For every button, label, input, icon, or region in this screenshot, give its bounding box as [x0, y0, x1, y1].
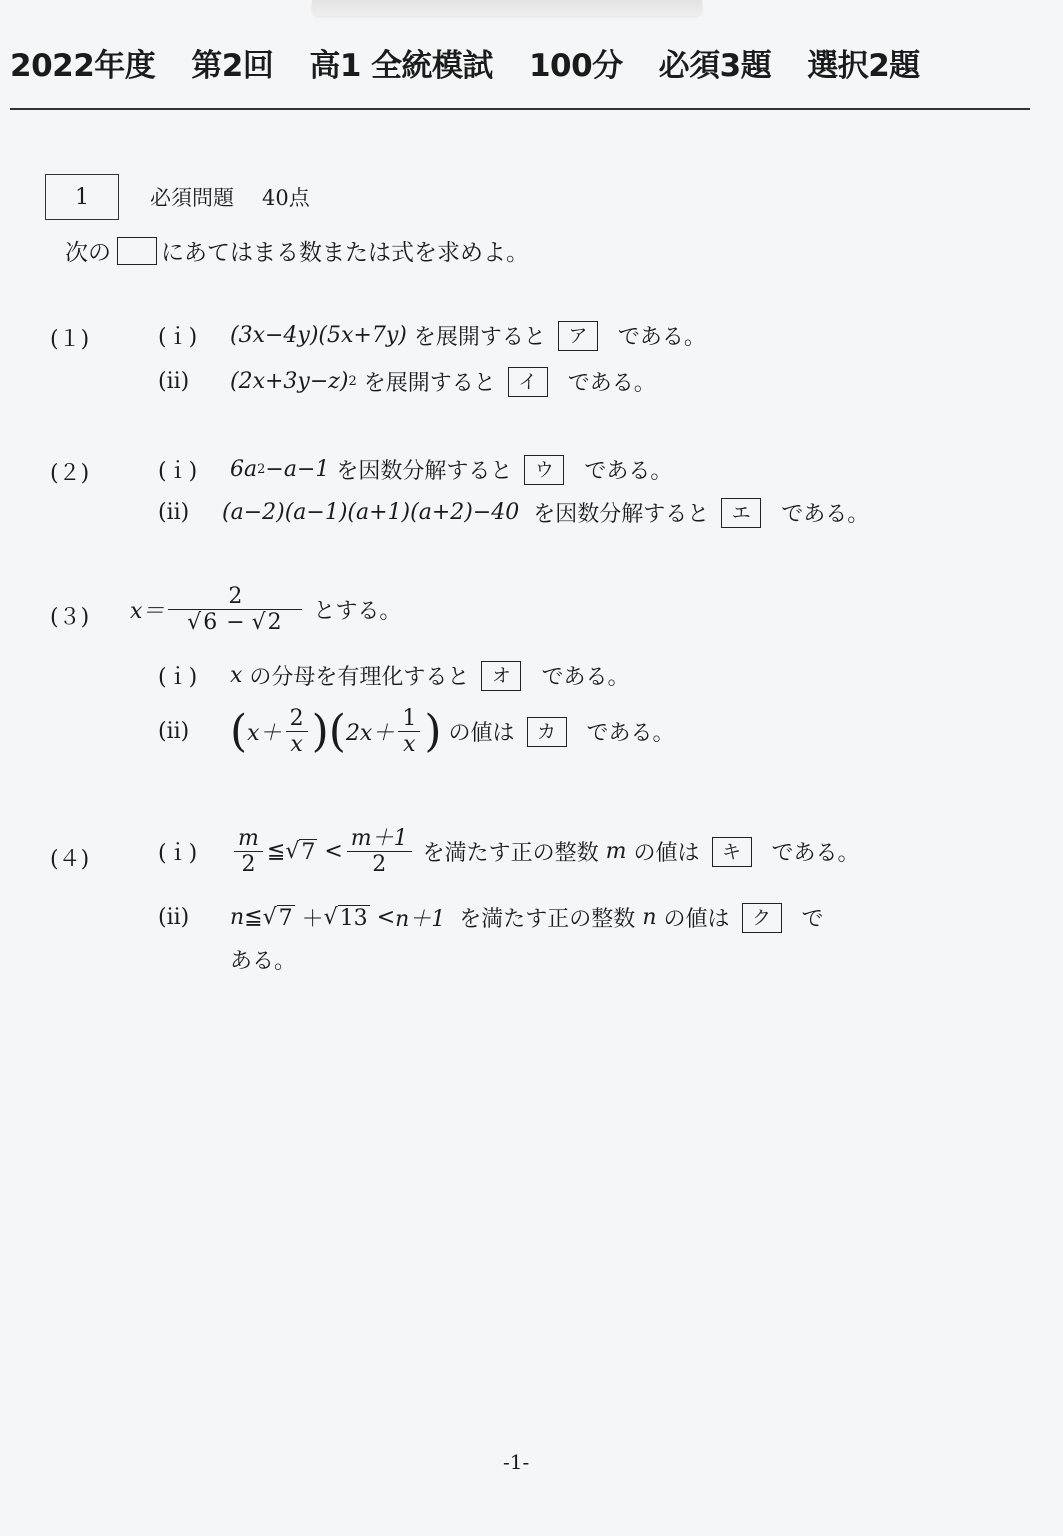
- instruction-prefix: 次の: [65, 234, 111, 267]
- denominator: x: [290, 732, 302, 757]
- math-variable: n: [230, 905, 244, 930]
- math-expression: (2x+3y−z): [230, 369, 348, 394]
- part-1-i: (ｉ) (3x−4y)(5x+7y) を展開すると アである。: [158, 320, 706, 351]
- item-end: である。: [781, 497, 869, 528]
- left-paren: (: [230, 710, 247, 754]
- sub-label: (ii): [158, 500, 222, 525]
- sub-label: (ii): [158, 369, 230, 394]
- math-expression: (3x−4y)(5x+7y): [230, 323, 407, 348]
- numerator: 1: [398, 706, 420, 732]
- question-points: 40点: [262, 186, 310, 210]
- part-3-i: (ｉ) x の分母を有理化すると オである。: [158, 660, 629, 691]
- item-text: の値は: [663, 902, 729, 933]
- part-4-ii: (ii) n≦√7 ＋√13 <n＋1 を満たす正の整数 n の値は クで: [158, 902, 824, 933]
- part-1-ii: (ii) (2x+3y−z)2 を展開すると イである。: [158, 366, 656, 397]
- math-variable: n: [642, 905, 656, 930]
- math-expression: (a−2)(a−1)(a+1)(a+2)−40: [222, 500, 519, 525]
- part-2-ii: (ii) (a−2)(a−1)(a+1)(a+2)−40 を因数分解すると エで…: [158, 497, 869, 528]
- denominator: 2: [241, 852, 255, 877]
- answer-box-ka[interactable]: カ: [527, 717, 567, 747]
- left-paren: (: [329, 710, 346, 754]
- item-end: である。: [568, 366, 656, 397]
- sub-label: (ｉ): [158, 454, 230, 485]
- item-text: を満たす正の整数: [423, 836, 599, 867]
- item-end: である。: [618, 320, 706, 351]
- math-variable: x: [230, 663, 242, 688]
- math-expression: 2x＋: [346, 716, 394, 747]
- denominator: 2: [372, 852, 386, 877]
- right-paren: ): [424, 710, 441, 754]
- header-round: 第2回: [191, 48, 273, 84]
- fraction: 2 √6 − √2: [168, 584, 302, 636]
- scan-tape: [312, 0, 702, 16]
- header-divider: [10, 108, 1030, 110]
- header-year: 2022年度: [10, 48, 155, 84]
- header-elective: 選択2題: [807, 48, 920, 84]
- part-label: (１): [50, 322, 89, 353]
- math-expression: n＋1: [395, 902, 445, 933]
- math-expression: 6a: [230, 457, 257, 482]
- item-end: である。: [584, 454, 672, 485]
- item-text: を因数分解すると: [336, 454, 512, 485]
- fraction: 1x: [398, 706, 420, 758]
- right-paren: ): [312, 710, 329, 754]
- item-text: を展開すると: [364, 366, 496, 397]
- answer-box-ku[interactable]: ク: [742, 903, 782, 933]
- part-3-ii: (ii) (x＋ 2x)(2x＋ 1x) の値は カである。: [158, 706, 675, 758]
- item-end: で: [802, 902, 824, 933]
- radicand: 6: [201, 609, 219, 635]
- item-text: の分母を有理化すると: [249, 660, 469, 691]
- answer-box-i[interactable]: イ: [508, 367, 548, 397]
- operator: <: [377, 905, 395, 930]
- blank-box-icon: [117, 237, 157, 265]
- instruction: 次のにあてはまる数または式を求めよ。: [65, 234, 529, 267]
- header-time: 100分: [529, 48, 623, 84]
- question-type: 必須問題: [150, 186, 234, 210]
- sub-label: (ｉ): [158, 836, 230, 867]
- operator: ≦: [244, 905, 262, 930]
- fraction: m＋12: [347, 826, 412, 878]
- answer-box-e[interactable]: エ: [721, 498, 761, 528]
- question-number-box: 1: [45, 174, 119, 220]
- numerator: 2: [286, 706, 308, 732]
- item-text: を因数分解すると: [533, 497, 709, 528]
- numerator: m＋1: [347, 826, 412, 852]
- exponent: 2: [348, 374, 356, 389]
- exponent: 2: [257, 462, 265, 477]
- operator: −: [226, 610, 244, 635]
- numerator: 2: [168, 584, 302, 610]
- denominator: √6 − √2: [187, 610, 283, 635]
- part-label: (２): [50, 456, 89, 487]
- exam-header: 2022年度第2回高1全統模試100分必須3題選択2題: [10, 40, 1030, 85]
- part-label: (４): [50, 842, 89, 873]
- header-grade: 高1: [309, 48, 361, 84]
- header-exam-name: 全統模試: [371, 48, 493, 84]
- item-text: の値は: [634, 836, 700, 867]
- radicand: 7: [299, 839, 317, 865]
- sub-label: (ｉ): [158, 660, 230, 691]
- radicand: 7: [277, 905, 295, 931]
- instruction-suffix: にあてはまる数または式を求めよ。: [161, 234, 529, 267]
- numerator: m: [234, 826, 263, 852]
- math-expression: x＋: [247, 716, 281, 747]
- radicand: 13: [338, 905, 370, 931]
- part-3-given: x＝ 2 √6 − √2 とする。: [130, 584, 401, 636]
- math-variable: m: [606, 839, 627, 864]
- math-expression: −a−1: [265, 457, 329, 482]
- radicand: 2: [266, 609, 284, 635]
- part-4-ii-continued: ある。: [230, 944, 296, 975]
- denominator: x: [403, 732, 415, 757]
- part-4-i: (ｉ) m2 ≦√7 < m＋12 を満たす正の整数 m の値は キである。: [158, 826, 860, 878]
- operator: ＋: [302, 902, 324, 933]
- sub-label: (ii): [158, 905, 230, 930]
- part-label: (３): [50, 600, 89, 631]
- header-required: 必須3題: [659, 48, 772, 84]
- fraction: m2: [234, 826, 263, 878]
- answer-box-a[interactable]: ア: [558, 321, 598, 351]
- answer-box-o[interactable]: オ: [481, 661, 521, 691]
- item-text: を展開すると: [414, 320, 546, 351]
- item-end: ある。: [230, 944, 296, 975]
- question-heading: 必須問題40点: [150, 182, 310, 212]
- item-end: である。: [541, 660, 629, 691]
- operator: <: [324, 839, 342, 864]
- part-2-i: (ｉ) 6a2−a−1 を因数分解すると ウである。: [158, 454, 672, 485]
- page-number: -1-: [503, 1450, 529, 1474]
- item-text: の値は: [449, 716, 515, 747]
- operator: ≦: [267, 839, 285, 864]
- fraction: 2x: [286, 706, 308, 758]
- item-end: である。: [772, 836, 860, 867]
- item-end: である。: [587, 716, 675, 747]
- math-expression: x＝: [130, 594, 164, 625]
- answer-box-u[interactable]: ウ: [524, 455, 564, 485]
- sub-label: (ii): [158, 719, 230, 744]
- sub-label: (ｉ): [158, 320, 230, 351]
- question-number: 1: [75, 185, 89, 210]
- answer-box-ki[interactable]: キ: [712, 837, 752, 867]
- item-text: とする。: [313, 594, 401, 625]
- item-text: を満たす正の整数: [459, 902, 635, 933]
